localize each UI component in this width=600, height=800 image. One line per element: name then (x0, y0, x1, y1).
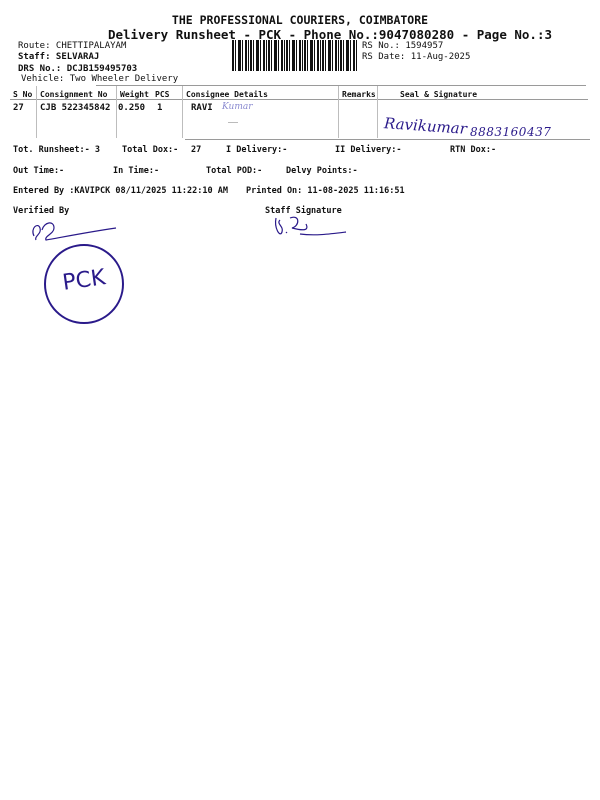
ii-delivery: II Delivery:- (335, 145, 402, 155)
col-header-consignment: Consignment No (40, 90, 107, 99)
col-header-remarks: Remarks (342, 90, 376, 99)
route-label: Route: CHETTIPALAYAM (18, 41, 126, 51)
rs-date: RS Date: 11-Aug-2025 (362, 52, 470, 62)
rtn-dox: RTN Dox:- (450, 145, 496, 155)
cell-weight: 0.250 (118, 103, 145, 113)
table-top-border (96, 85, 586, 86)
cell-pcs: 1 (157, 103, 162, 113)
col-divider (182, 86, 183, 138)
cell-consignee: RAVI (191, 103, 213, 113)
total-dox-value: 27 (191, 145, 201, 155)
total-runsheet: Tot. Runsheet:- 3 (13, 145, 100, 155)
col-header-signature: Seal & Signature (400, 90, 477, 99)
staff-signature-icon (270, 212, 350, 240)
rs-number: RS No.: 1594957 (362, 41, 443, 51)
col-header-consignee: Consignee Details (186, 90, 268, 99)
table-bottom-border (185, 139, 590, 140)
printed-on: Printed On: 11-08-2025 11:16:51 (246, 186, 405, 196)
cell-sno: 27 (13, 103, 24, 113)
company-title: THE PROFESSIONAL COURIERS, COIMBATORE (0, 13, 600, 27)
staff-label: Staff: SELVARAJ (18, 52, 99, 62)
entered-by: Entered By :KAVIPCK 08/11/2025 11:22:10 … (13, 186, 228, 196)
col-divider (338, 86, 339, 138)
col-divider (377, 86, 378, 138)
col-divider (116, 86, 117, 138)
signature-handwriting: Ravikumar (383, 114, 467, 138)
verified-signature-icon (28, 214, 120, 244)
out-time: Out Time:- (13, 166, 64, 176)
delvy-points: Delvy Points:- (286, 166, 358, 176)
consignee-handwriting: Kumar (222, 102, 253, 112)
barcode-image (232, 40, 358, 71)
in-time: In Time:- (113, 166, 159, 176)
total-dox-label: Total Dox:- (122, 145, 178, 155)
col-header-sno: S No (13, 90, 32, 99)
table-header-divider (10, 99, 588, 100)
pck-stamp: PCK (44, 244, 124, 324)
col-divider (36, 86, 37, 138)
i-delivery: I Delivery:- (226, 145, 287, 155)
col-header-weight: Weight (120, 90, 149, 99)
cell-consignment-no: CJB 522345842 (40, 103, 110, 113)
total-pod: Total POD:- (206, 166, 262, 176)
signature-phone: 8883160437 (470, 125, 551, 139)
drs-number: DRS No.: DCJB159495703 (18, 64, 137, 74)
col-header-pcs: PCS (155, 90, 169, 99)
handwritten-dash (228, 122, 238, 123)
vehicle-label: Vehicle: Two Wheeler Delivery (21, 74, 178, 84)
stamp-text: PCK (45, 263, 124, 298)
